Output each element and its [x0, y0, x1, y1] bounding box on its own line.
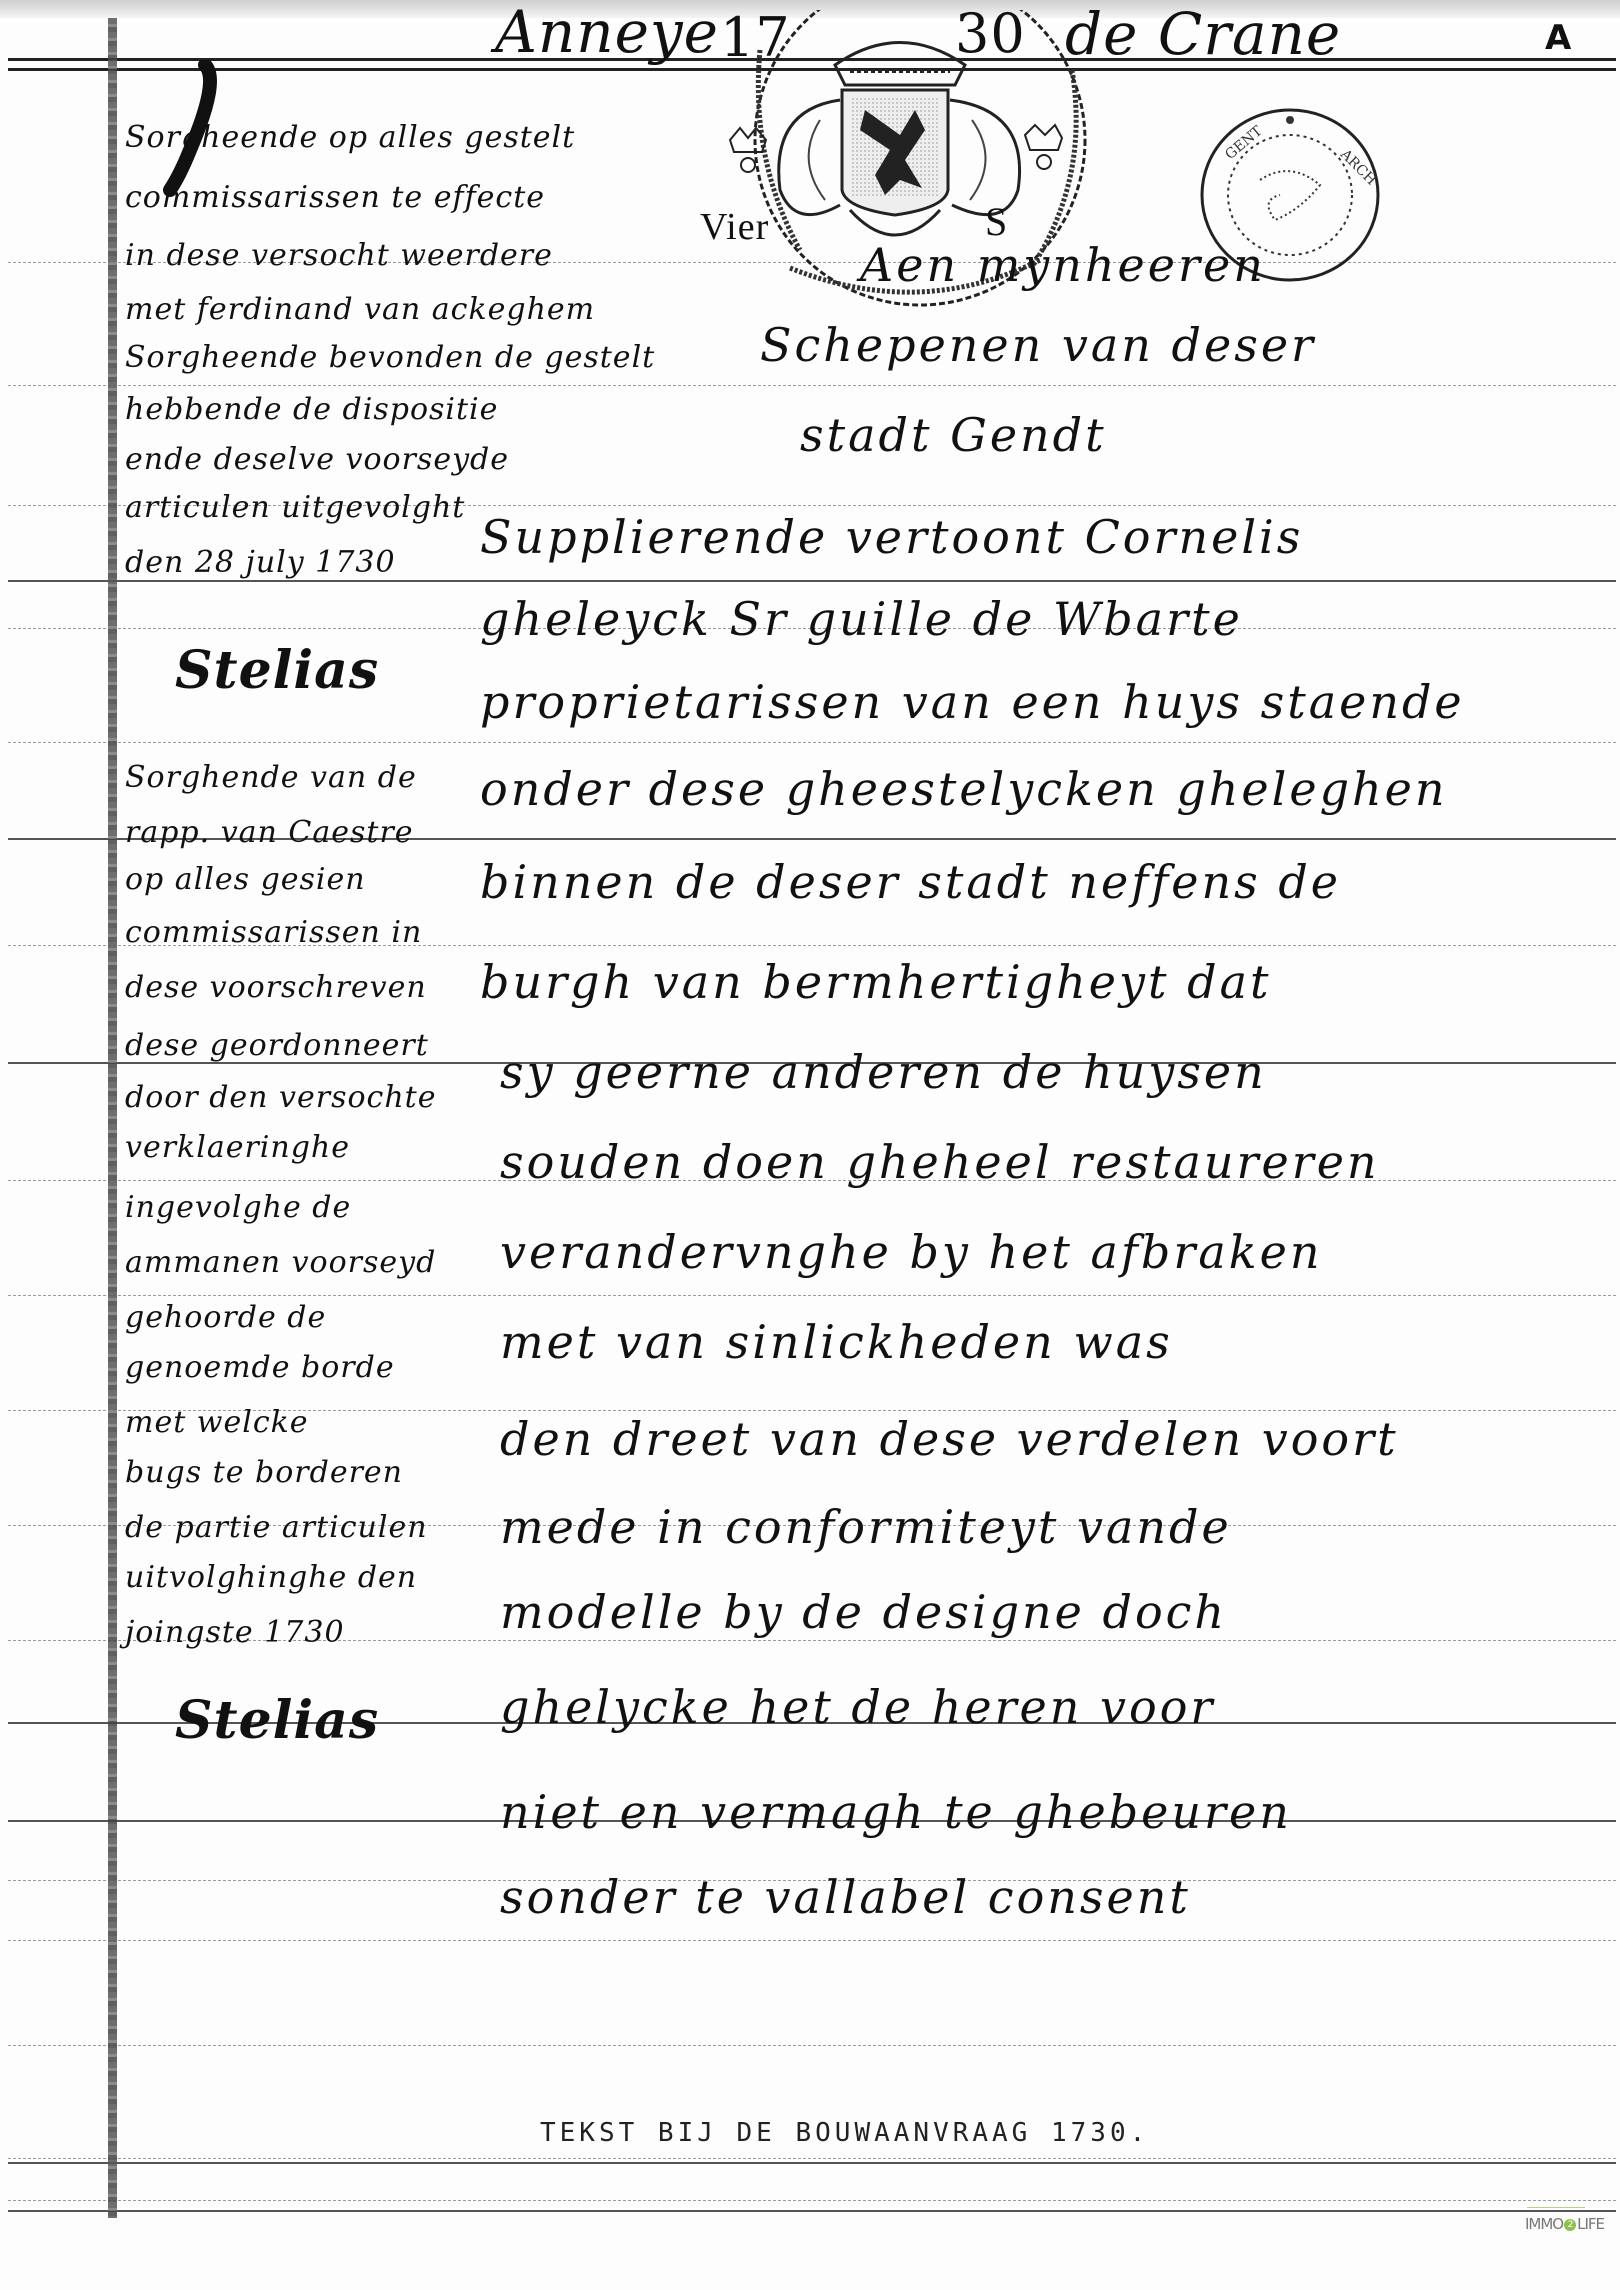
header-right-word: de Crane: [1065, 0, 1341, 68]
main-text-line: onder dese gheestelycken gheleghen: [480, 762, 1448, 816]
signature: Stelias: [175, 1690, 379, 1751]
signature: Stelias: [175, 640, 379, 701]
margin-note-line: bugs te borderen: [125, 1455, 403, 1490]
margin-note-line: ingevolghe de: [125, 1190, 351, 1225]
main-text-line: stadt Gendt: [800, 408, 1107, 462]
watermark-text-right: LIFE: [1577, 2215, 1604, 2233]
watermark-roof-icon: [1527, 2207, 1585, 2216]
margin-note-line: ende deselve voorseyde: [125, 442, 509, 477]
ruled-line: [8, 2158, 1616, 2159]
scanned-document-page: A Anneye 17 30 de Crane Vier: [0, 0, 1620, 2290]
document-caption: TEKST BIJ DE BOUWAANVRAAG 1730.: [540, 2118, 1149, 2148]
margin-note-line: den 28 july 1730: [125, 545, 396, 580]
margin-note-line: in dese versocht weerdere: [125, 238, 553, 273]
immo2life-watermark: IMMO2LIFE: [1525, 2215, 1604, 2233]
watermark-circle-icon: 2: [1564, 2219, 1576, 2231]
main-text-line: den dreet van dese verdelen voort: [500, 1412, 1399, 1466]
margin-note-line: de partie articulen: [125, 1510, 428, 1545]
ruled-line: [8, 2200, 1616, 2201]
margin-note-line: met ferdinand van ackeghem: [125, 292, 595, 327]
main-text-line: sy geerne anderen de huysen: [500, 1045, 1267, 1099]
main-text-line: Schepenen van deser: [760, 318, 1316, 372]
margin-note-line: hebbende de dispositie: [125, 392, 498, 427]
watermark-text-left: IMMO: [1525, 2215, 1563, 2233]
main-text-line: proprietarissen van een huys staende: [480, 675, 1465, 729]
margin-note-line: op alles gesien: [125, 862, 366, 897]
page-mark: A: [1545, 18, 1571, 58]
main-text-line: verandervnghe by het afbraken: [500, 1225, 1322, 1279]
main-text-line: gheleyck Sr guille de Wbarte: [480, 592, 1243, 646]
main-text-line: sonder te vallabel consent: [500, 1870, 1191, 1924]
main-text-line: mede in conformiteyt vande: [500, 1500, 1232, 1554]
main-text-line: modelle by de designe doch: [500, 1585, 1227, 1639]
main-text-line: binnen de deser stadt neffens de: [480, 855, 1341, 909]
main-text-line: ghelycke het de heren voor: [500, 1680, 1215, 1734]
margin-note-line: ammanen voorseyd: [125, 1245, 436, 1280]
ruled-line: [8, 580, 1616, 582]
margin-note-line: verklaeringhe: [125, 1130, 350, 1165]
margin-note-line: Sorgheende op alles gestelt: [125, 120, 575, 155]
main-text-line: met van sinlickheden was: [500, 1315, 1173, 1369]
stamp-label-left: Vier: [700, 205, 769, 249]
margin-note-line: door den versochte: [125, 1080, 436, 1115]
ruled-line: [8, 2210, 1616, 2212]
ruled-line: [8, 742, 1616, 743]
main-text-line: Aen mynheeren: [860, 238, 1266, 292]
margin-note-line: Sorghende van de: [125, 760, 417, 795]
margin-note-line: met welcke: [125, 1405, 309, 1440]
svg-text:GENT: GENT: [1222, 123, 1266, 163]
main-text-line: burgh van bermhertigheyt dat: [480, 955, 1271, 1009]
main-text-line: souden doen gheheel restaureren: [500, 1135, 1380, 1189]
margin-note-line: commissarissen in: [125, 915, 422, 950]
margin-note-line: genoemde borde: [125, 1350, 395, 1385]
ruled-line: [8, 2045, 1616, 2046]
ruled-line: [8, 385, 1616, 386]
margin-note-line: joingste 1730: [125, 1615, 345, 1650]
margin-vertical-rule: [108, 18, 117, 2218]
ruled-line: [8, 1295, 1616, 1296]
ruled-line: [8, 2162, 1616, 2164]
margin-note-line: commissarissen te effecte: [125, 180, 545, 215]
margin-note-line: gehoorde de: [125, 1300, 326, 1335]
margin-note-line: uitvolghinghe den: [125, 1560, 417, 1595]
margin-note-line: dese geordonneert: [125, 1028, 429, 1063]
ruled-line: [8, 1940, 1616, 1941]
main-text-line: niet en vermagh te ghebeuren: [500, 1785, 1292, 1839]
margin-note-line: Sorgheende bevonden de gestelt: [125, 340, 655, 375]
margin-note-line: articulen uitgevolght: [125, 490, 465, 525]
margin-note-line: rapp. van Caestre: [125, 815, 414, 850]
margin-note-line: dese voorschreven: [125, 970, 427, 1005]
header-left-word: Anneye: [495, 0, 719, 66]
main-text-line: Supplierende vertoont Cornelis: [480, 510, 1303, 564]
